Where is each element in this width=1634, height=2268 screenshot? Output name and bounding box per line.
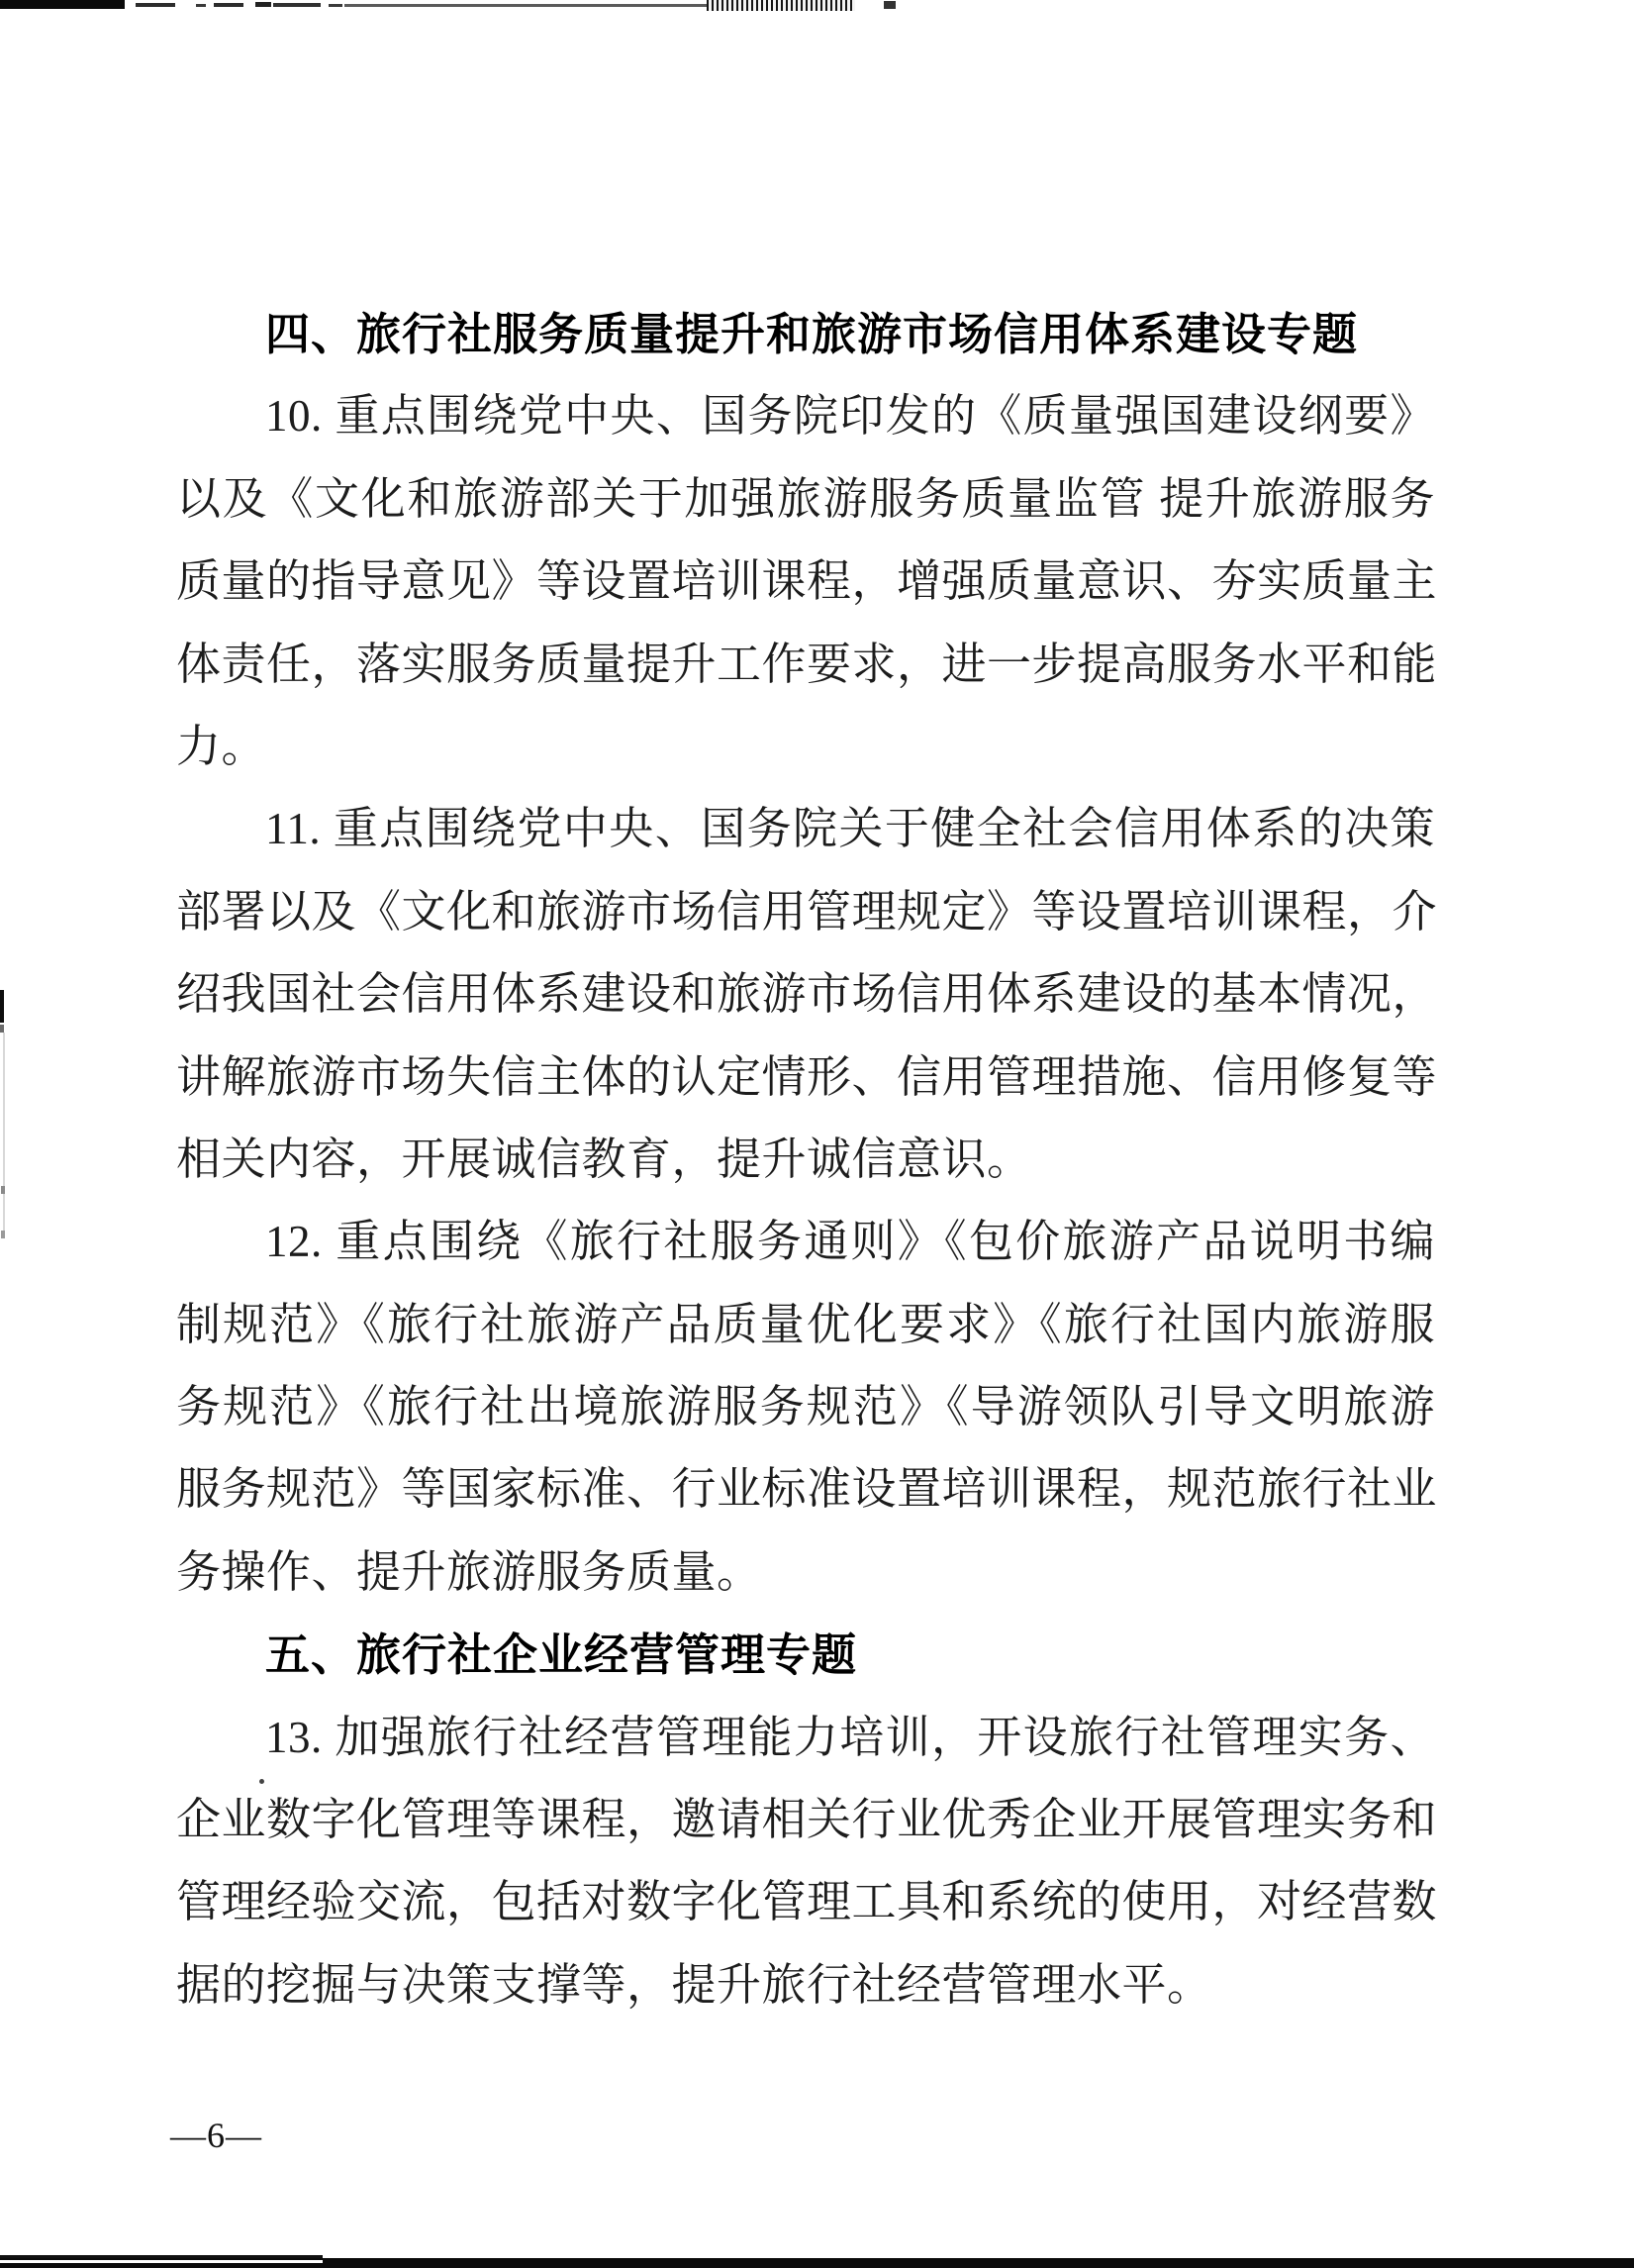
scan-artifact-left-dot xyxy=(0,1025,4,1033)
text-line: 12. 重点围绕《旅行社服务通则》《包价旅游产品说明书编 xyxy=(176,1201,1435,1283)
text-line: 10. 重点围绕党中央、国务院印发的《质量强国建设纲要》 xyxy=(176,375,1435,457)
text-line: 以及《文化和旅游部关于加强旅游服务质量监管 提升旅游服务 xyxy=(176,458,1435,541)
text-line: 据的挖掘与决策支撑等，提升旅行社经营管理水平。 xyxy=(176,1944,1435,2026)
document-page: 四、旅行社服务质量提升和旅游市场信用体系建设专题 10. 重点围绕党中央、国务院… xyxy=(0,0,1634,2268)
section-heading-5: 五、旅行社企业经营管理专题 xyxy=(176,1614,1435,1696)
scan-artifact-top-hatch xyxy=(707,0,855,11)
text-line: 务操作、提升旅游服务质量。 xyxy=(176,1531,1435,1614)
text-line: 服务规范》等国家标准、行业标准设置培训课程，规范旅行社业 xyxy=(176,1448,1435,1530)
scan-artifact-top-dash xyxy=(329,4,342,7)
scan-artifact-top-line xyxy=(344,4,709,7)
page-number: —6— xyxy=(170,2115,262,2156)
text-line: 绍我国社会信用体系建设和旅游市场信用体系建设的基本情况， xyxy=(176,953,1435,1035)
section-heading-4: 四、旅行社服务质量提升和旅游市场信用体系建设专题 xyxy=(176,293,1435,375)
scan-artifact-bottom-slit xyxy=(0,2260,323,2263)
text-line: 11. 重点围绕党中央、国务院关于健全社会信用体系的决策 xyxy=(176,788,1435,870)
text-line: 部署以及《文化和旅游市场信用管理规定》等设置培训课程，介 xyxy=(176,871,1435,953)
text-line: 讲解旅游市场失信主体的认定情形、信用管理措施、信用修复等 xyxy=(176,1036,1435,1119)
scan-artifact-left-dash xyxy=(0,990,4,1023)
scan-artifact-bottom-line xyxy=(0,2255,323,2258)
scan-artifact-left-line xyxy=(3,1033,5,1237)
text-line: 体责任，落实服务质量提升工作要求，进一步提高服务水平和能 xyxy=(176,624,1435,706)
scan-artifact-left-tick xyxy=(1,1186,5,1194)
text-line: 管理经验交流，包括对数字化管理工具和系统的使用，对经营数 xyxy=(176,1861,1435,1943)
document-body: 四、旅行社服务质量提升和旅游市场信用体系建设专题 10. 重点围绕党中央、国务院… xyxy=(176,293,1435,2026)
text-line: 相关内容，开展诚信教育，提升诚信意识。 xyxy=(176,1119,1435,1201)
scan-artifact-top-dash xyxy=(136,3,175,7)
text-line: 力。 xyxy=(176,706,1435,788)
scan-artifact-top-bar xyxy=(0,0,125,9)
text-line: 13. 加强旅行社经营管理能力培训，开设旅行社管理实务、 xyxy=(176,1697,1435,1779)
scan-artifact-left-tick xyxy=(1,1231,5,1238)
text-line: 质量的指导意见》等设置培训课程，增强质量意识、夯实质量主 xyxy=(176,541,1435,623)
scan-artifact-top-dash xyxy=(273,3,321,7)
scan-artifact-top-dash xyxy=(255,2,271,7)
text-line: 企业数字化管理等课程，邀请相关行业优秀企业开展管理实务和 xyxy=(176,1779,1435,1861)
text-line: 制规范》《旅行社旅游产品质量优化要求》《旅行社国内旅游服 xyxy=(176,1284,1435,1366)
scan-artifact-top-dash xyxy=(214,3,243,7)
scan-artifact-top-tick xyxy=(884,1,896,9)
text-line: 务规范》《旅行社出境旅游服务规范》《导游领队引导文明旅游 xyxy=(176,1366,1435,1448)
scan-artifact-top-dash xyxy=(196,4,206,7)
